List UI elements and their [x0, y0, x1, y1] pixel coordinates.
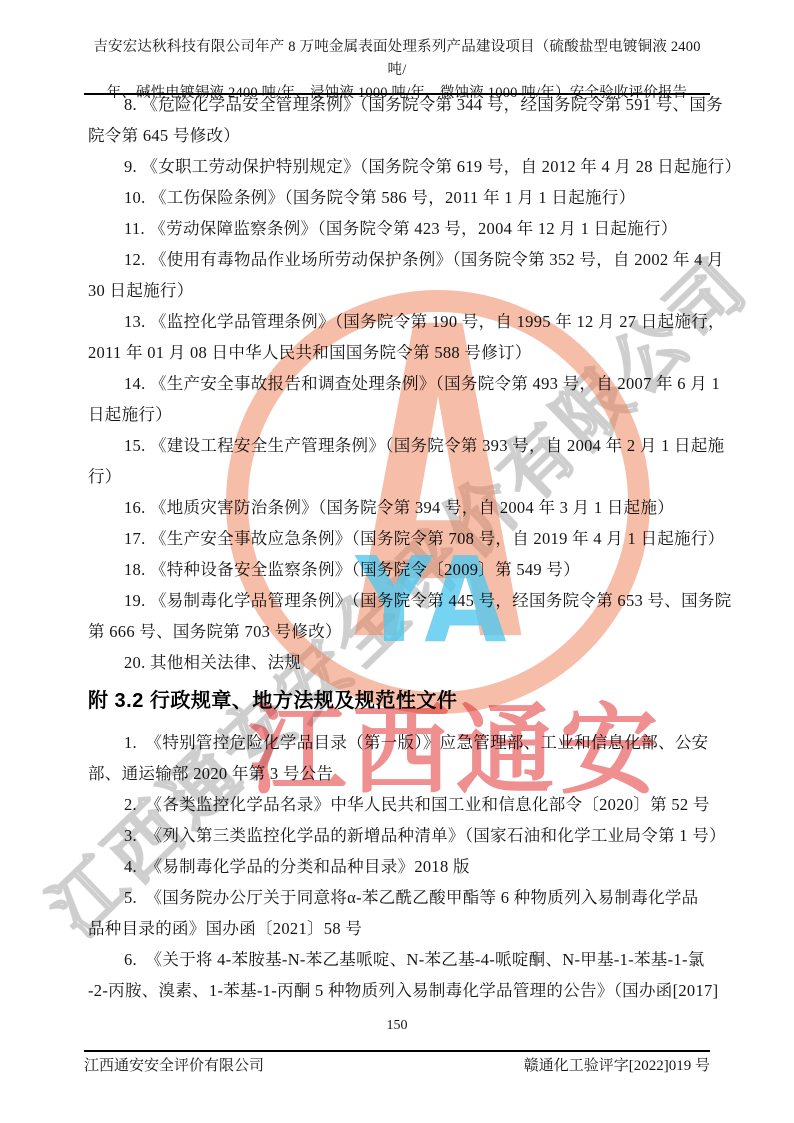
body-line: 3. 《列入第三类监控化学品的新增品种清单》（国家石油和化学工业局令第 1 号）: [88, 820, 710, 851]
body-line: 12. 《使用有毒物品作业场所劳动保护条例》（国务院令第 352 号，自 200…: [88, 244, 710, 275]
page-footer: 江西通安安全评价有限公司 赣通化工验评字[2022]019 号: [84, 1055, 710, 1077]
body-line: 9. 《女职工劳动保护特别规定》（国务院令第 619 号，自 2012 年 4 …: [88, 151, 710, 182]
footer-company: 江西通安安全评价有限公司: [84, 1055, 264, 1077]
body-line: 30 日起施行）: [88, 275, 710, 306]
regulation-list-a: 8. 《危险化学品安全管理条例》（国务院令第 344 号，经国务院令第 591 …: [88, 89, 710, 678]
body-line: 16. 《地质灾害防治条例》（国务院令第 394 号，自 2004 年 3 月 …: [88, 492, 710, 523]
body-line: 1. 《特别管控危险化学品目录（第一版）》应急管理部、工业和信息化部、公安: [88, 727, 710, 758]
body-line: 20. 其他相关法律、法规: [88, 647, 710, 678]
regulation-list-b: 1. 《特别管控危险化学品目录（第一版）》应急管理部、工业和信息化部、公安部、通…: [88, 727, 710, 1006]
body-line: 品种目录的函》国办函〔2021〕58 号: [88, 913, 710, 944]
body-line: 第 666 号、国务院第 703 号修改）: [88, 616, 710, 647]
body-line: 2. 《各类监控化学品名录》中华人民共和国工业和信息化部令〔2020〕第 52 …: [88, 789, 710, 820]
body-line: 日起施行）: [88, 399, 710, 430]
appendix-heading: 附 3.2 行政规章、地方法规及规范性文件: [88, 686, 457, 716]
document-page: 吉安宏达秋科技有限公司年产 8 万吨金属表面处理系列产品建设项目（硫酸盐型电镀铜…: [0, 0, 794, 1123]
footer-divider: [84, 1050, 710, 1052]
page-number: 150: [0, 1018, 794, 1034]
body-line: 院令第 645 号修改）: [88, 120, 710, 151]
body-line: 6. 《关于将 4-苯胺基-N-苯乙基哌啶、N-苯乙基-4-哌啶酮、N-甲基-1…: [88, 944, 710, 975]
body-line: 17. 《生产安全事故应急条例》（国务院令第 708 号，自 2019 年 4 …: [88, 523, 710, 554]
report-header-line1: 吉安宏达秋科技有限公司年产 8 万吨金属表面处理系列产品建设项目（硫酸盐型电镀铜…: [84, 36, 710, 82]
body-line: 19. 《易制毒化学品管理条例》（国务院令第 445 号，经国务院令第 653 …: [88, 585, 710, 616]
body-line: 18. 《特种设备安全监察条例》（国务院令〔2009〕第 549 号）: [88, 554, 710, 585]
body-line: 13. 《监控化学品管理条例》（国务院令第 190 号，自 1995 年 12 …: [88, 306, 710, 337]
body-line: 8. 《危险化学品安全管理条例》（国务院令第 344 号，经国务院令第 591 …: [88, 89, 710, 120]
body-line: 10. 《工伤保险条例》（国务院令第 586 号，2011 年 1 月 1 日起…: [88, 182, 710, 213]
body-line: 5. 《国务院办公厅关于同意将α-苯乙酰乙酸甲酯等 6 种物质列入易制毒化学品: [88, 882, 710, 913]
body-line: 11. 《劳动保障监察条例》（国务院令第 423 号，2004 年 12 月 1…: [88, 213, 710, 244]
footer-doc-number: 赣通化工验评字[2022]019 号: [524, 1055, 710, 1077]
body-line: 行）: [88, 461, 710, 492]
body-line: 15. 《建设工程安全生产管理条例》（国务院令第 393 号，自 2004 年 …: [88, 430, 710, 461]
body-line: -2-丙胺、溴素、1-苯基-1-丙酮 5 种物质列入易制毒化学品管理的公告》（国…: [88, 975, 710, 1006]
body-line: 2011 年 01 月 08 日中华人民共和国国务院令第 588 号修订）: [88, 337, 710, 368]
body-line: 部、通运输部 2020 年第 3 号公告: [88, 758, 710, 789]
body-line: 14. 《生产安全事故报告和调查处理条例》（国务院令第 493 号，自 2007…: [88, 368, 710, 399]
body-line: 4. 《易制毒化学品的分类和品种目录》2018 版: [88, 851, 710, 882]
